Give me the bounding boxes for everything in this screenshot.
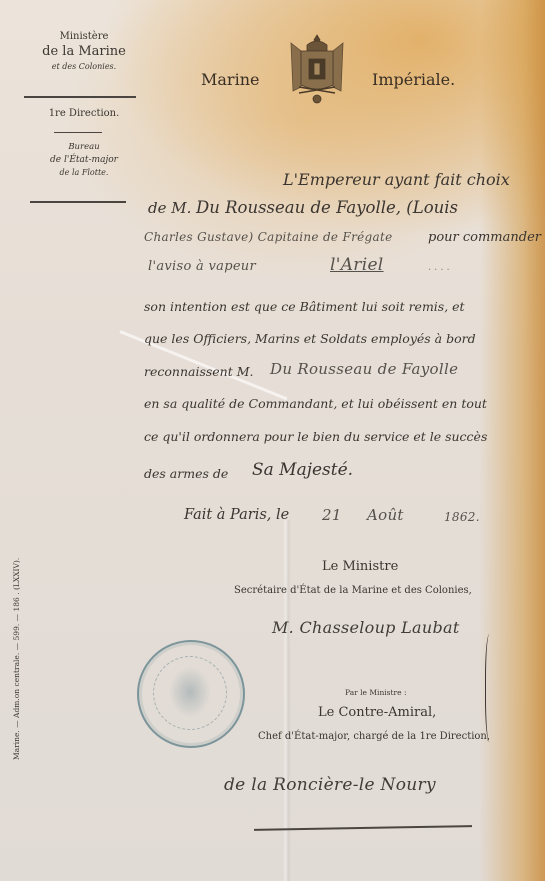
bureau-rule (30, 201, 126, 203)
direction-rule (54, 132, 102, 133)
date-day: 21 (322, 506, 342, 524)
officer-name: Du Rousseau de Fayolle, (Louis (196, 198, 458, 217)
minister-title: Le Ministre (322, 559, 398, 574)
ministry-label: Ministère (32, 31, 136, 42)
admiral-signature: de la Roncière-le Noury (224, 775, 436, 795)
admiral-title: Le Contre-Amiral, (318, 705, 436, 720)
signature-flourish (485, 634, 496, 742)
header-rule (24, 96, 136, 98)
body-pour-commander: pour commander (428, 230, 541, 245)
vessel-dots: .... (428, 262, 453, 273)
vessel-name: l'Ariel (330, 255, 384, 275)
imperial-coat-of-arms-icon (287, 33, 347, 105)
ministry-marine: de la Marine (32, 44, 136, 59)
ministry-colonies: et des Colonies. (32, 62, 136, 71)
body-sa-majeste: Sa Majesté. (252, 460, 353, 480)
bureau-flotte: de la Flotte. (32, 168, 136, 177)
body-reconnaissent: reconnaissent M. (144, 364, 254, 379)
by-minister-label: Par le Ministre : (345, 688, 406, 697)
date-place: Fait à Paris, le (184, 507, 289, 523)
stamp-figure (169, 666, 211, 718)
vessel-type-handwritten: l'aviso à vapeur (148, 259, 256, 274)
body-armes: des armes de (144, 466, 228, 481)
bureau-label: Bureau (32, 142, 136, 152)
paper-fold-crease (283, 520, 291, 881)
minister-subtitle: Secrétaire d'État de la Marine et des Co… (234, 585, 472, 596)
title-marine: Marine (201, 70, 259, 89)
officer-name-handwritten: Du Rousseau de Fayolle (270, 360, 458, 378)
date-month: Août (367, 506, 404, 524)
ministry-seal-stamp-icon (137, 640, 245, 748)
margin-printer-note: Marine. — Adm.on centrale. — 599. — 186 … (12, 558, 21, 760)
body-monsieur: de M. (148, 199, 191, 217)
body-line-intention: son intention est que ce Bâtiment lui so… (144, 299, 465, 314)
officer-given-names-handwritten: Charles Gustave) Capitaine de Frégate (144, 230, 392, 244)
body-line-qualite: en sa qualité de Commandant, et lui obéi… (144, 396, 487, 411)
minister-signature: M. Chasseloup Laubat (272, 618, 460, 637)
body-line-officers: que les Officiers, Marins et Soldats emp… (144, 331, 476, 346)
bureau-etat-major: de l'État-major (32, 155, 136, 165)
date-year: 1862. (444, 510, 480, 524)
body-line-ordonnera: ce qu'il ordonnera pour le bien du servi… (144, 429, 487, 444)
body-line-emperor: L'Empereur ayant fait choix (283, 170, 510, 189)
title-imperiale: Impériale. (372, 70, 455, 89)
admiral-subtitle: Chef d'État-major, chargé de la 1re Dire… (258, 731, 490, 742)
direction-label: 1re Direction. (32, 108, 136, 119)
